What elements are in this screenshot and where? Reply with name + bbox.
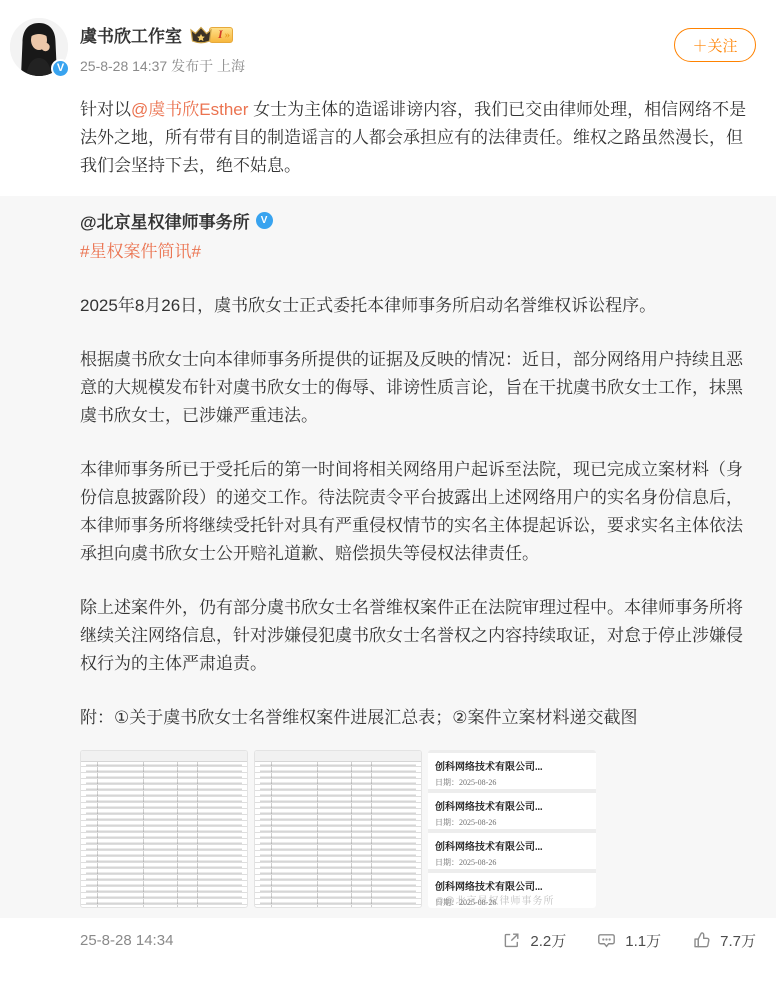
post-header: V 虞书欣工作室 I » 25-8-28 14:37 发布于 上海 ＋关注: [0, 0, 776, 84]
filing-entry: 创科网络技术有限公司... 日期：2025-08-26: [428, 753, 596, 789]
quoted-verified-v-icon: V: [256, 212, 273, 229]
weibo-post-card: V 虞书欣工作室 I » 25-8-28 14:37 发布于 上海 ＋关注 针对…: [0, 0, 776, 988]
quoted-account-row: @北京星权律师事务所 V: [80, 208, 754, 233]
crown-icon: [189, 25, 213, 45]
filing-entry-title: 创科网络技术有限公司...: [435, 878, 594, 893]
quote-paragraph: 根据虞书欣女士向本律师事务所提供的证据及反映的情况：近日，部分网络用户持续且恶意…: [80, 346, 754, 430]
post-text-before-mention: 针对以: [80, 100, 131, 119]
vip-badge[interactable]: I »: [189, 25, 233, 45]
quoted-account-link[interactable]: @北京星权律师事务所: [80, 208, 250, 233]
comment-count: 1.1万: [625, 930, 661, 951]
share-action[interactable]: 2.2万: [501, 930, 566, 951]
follow-button[interactable]: ＋关注: [674, 28, 756, 62]
attachment-images: 创科网络技术有限公司... 日期：2025-08-26 创科网络技术有限公司..…: [80, 750, 754, 908]
quote-paragraph: 2025年8月26日，虞书欣女士正式委托本律师事务所启动名誉维权诉讼程序。: [80, 292, 754, 320]
like-count: 7.7万: [720, 930, 756, 951]
hashtag-link[interactable]: #星权案件简讯#: [80, 242, 201, 261]
like-action[interactable]: 7.7万: [691, 930, 756, 951]
filing-entry-date: 日期：2025-08-26: [435, 857, 594, 868]
filing-receipt-image[interactable]: 创科网络技术有限公司... 日期：2025-08-26 创科网络技术有限公司..…: [428, 750, 596, 908]
case-summary-table-image-2[interactable]: [254, 750, 422, 908]
filing-entry-title: 创科网络技术有限公司...: [435, 838, 594, 853]
thumbs-up-icon: [691, 930, 712, 951]
filing-entry-title: 创科网络技术有限公司...: [435, 758, 594, 773]
name-row: 虞书欣工作室 I »: [80, 22, 754, 47]
quote-paragraph: 本律师事务所已于受托后的第一时间将相关网络用户起诉至法院，现已完成立案材料（身份…: [80, 456, 754, 568]
hashtag-row: #星权案件简讯#: [80, 238, 754, 266]
post-footer: 25-8-28 14:34 2.2万: [0, 918, 776, 958]
post-text: 针对以@虞书欣Esther 女士为主体的造谣诽谤内容，我们已交由律师处理，相信网…: [0, 84, 776, 180]
avatar[interactable]: V: [10, 18, 68, 76]
law-firm-watermark: ©@北京星权律师事务所: [436, 892, 555, 907]
filing-entry-title: 创科网络技术有限公司...: [435, 798, 594, 813]
share-icon: [501, 930, 522, 951]
username[interactable]: 虞书欣工作室: [80, 22, 182, 47]
quote-paragraph: 除上述案件外，仍有部分虞书欣女士名誉维权案件正在法院审理过程中。本律师事务所将继…: [80, 594, 754, 678]
comment-icon: [596, 930, 617, 951]
vip-chevron-icon: »: [225, 29, 229, 41]
vip-level-text: I: [218, 27, 223, 42]
footer-timestamp: 25-8-28 14:34: [80, 932, 173, 949]
quote-paragraph: 附：①关于虞书欣女士名誉维权案件进展汇总表；②案件立案材料递交截图: [80, 704, 754, 732]
filing-entry: 创科网络技术有限公司... 日期：2025-08-26: [428, 793, 596, 829]
post-timestamp: 25-8-28 14:37 发布于 上海: [80, 56, 754, 76]
case-summary-table-image-1[interactable]: [80, 750, 248, 908]
verified-v-icon: V: [51, 59, 70, 78]
mention-link[interactable]: @虞书欣Esther: [131, 100, 248, 119]
share-count: 2.2万: [530, 930, 566, 951]
filing-entry: 创科网络技术有限公司... 日期：2025-08-26: [428, 833, 596, 869]
filing-entry-date: 日期：2025-08-26: [435, 817, 594, 828]
filing-entry-date: 日期：2025-08-26: [435, 777, 594, 788]
quoted-post: @北京星权律师事务所 V #星权案件简讯# 2025年8月26日，虞书欣女士正式…: [0, 196, 776, 918]
comment-action[interactable]: 1.1万: [596, 930, 661, 951]
footer-actions: 2.2万 1.1万: [501, 930, 756, 951]
